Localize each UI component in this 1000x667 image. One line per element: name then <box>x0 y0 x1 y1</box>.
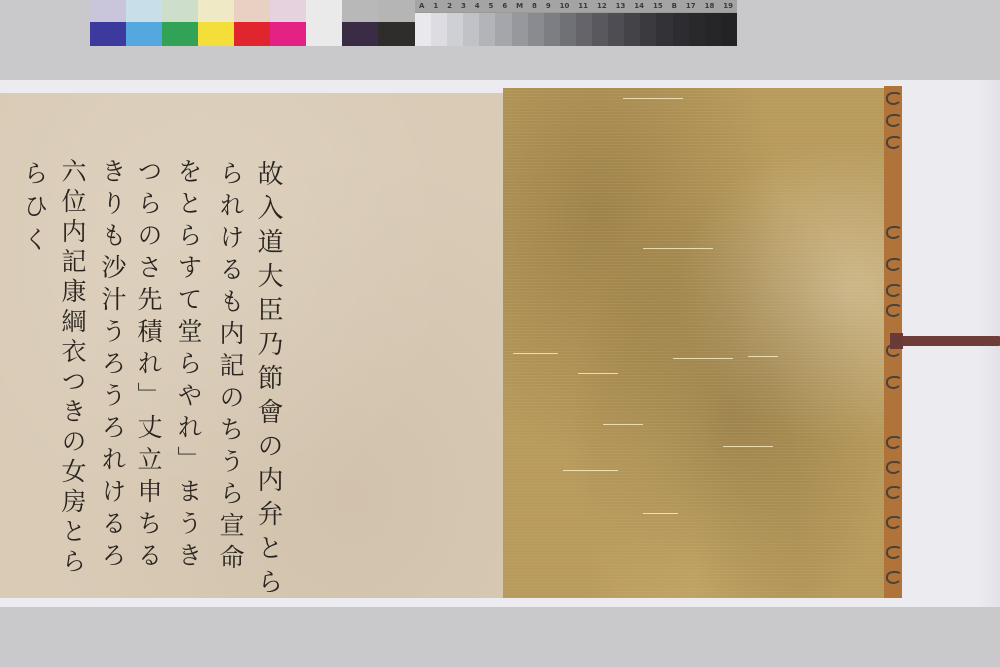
gray-label: 14 <box>634 2 644 10</box>
gray-label: 17 <box>686 2 696 10</box>
gray-label: A <box>419 2 424 10</box>
tie-cord <box>893 336 1000 346</box>
gray-label: 9 <box>546 2 551 10</box>
gray-label: M <box>516 2 523 10</box>
calligraphy-column: らひく <box>22 160 47 259</box>
color-patch <box>162 0 198 46</box>
gray-label: 15 <box>653 2 663 10</box>
gray-label: 13 <box>616 2 626 10</box>
color-patch <box>90 0 126 46</box>
calligraphy-column: 六位内記康綱衣つきの女房とら <box>60 158 85 578</box>
calligraphy-column: つらのさ先積れ」丈立申ちる <box>136 158 161 574</box>
color-calibration-chart <box>90 0 415 46</box>
calligraphy-column: 故入道大臣乃節會の内弁とら <box>255 160 281 602</box>
gray-scale-chart: A 1 2 3 4 5 6 M 8 9 10 11 12 13 14 15 B … <box>415 0 737 46</box>
gray-label: 5 <box>489 2 494 10</box>
gray-label: 12 <box>597 2 607 10</box>
gray-steps <box>415 13 737 46</box>
calligraphy-column: られけるも内記のちうら宣命 <box>218 160 243 576</box>
color-patch <box>270 0 306 46</box>
gray-label: B <box>672 2 677 10</box>
gray-label: 11 <box>578 2 588 10</box>
gray-label: 10 <box>560 2 570 10</box>
gray-label: 8 <box>532 2 537 10</box>
color-patch <box>198 0 234 46</box>
gray-label: 1 <box>433 2 438 10</box>
gray-label: 3 <box>461 2 466 10</box>
gray-label: 2 <box>447 2 452 10</box>
gray-scale-labels: A 1 2 3 4 5 6 M 8 9 10 11 12 13 14 15 B … <box>415 0 737 12</box>
gray-label: 18 <box>705 2 715 10</box>
color-patch <box>234 0 270 46</box>
color-patch <box>126 0 162 46</box>
calligraphy-column: きりも沙汁うろうろれけるろ <box>100 158 125 574</box>
gray-label: 19 <box>723 2 733 10</box>
color-patch <box>378 0 415 46</box>
gray-label: 6 <box>502 2 507 10</box>
color-patch <box>306 0 342 46</box>
tie-cord-knot <box>890 333 903 349</box>
gray-label: 4 <box>475 2 480 10</box>
calligraphy-column: をとらすて堂らやれ」まうき <box>176 158 201 574</box>
color-patch <box>342 0 378 46</box>
gold-leaf-panel <box>503 88 884 598</box>
